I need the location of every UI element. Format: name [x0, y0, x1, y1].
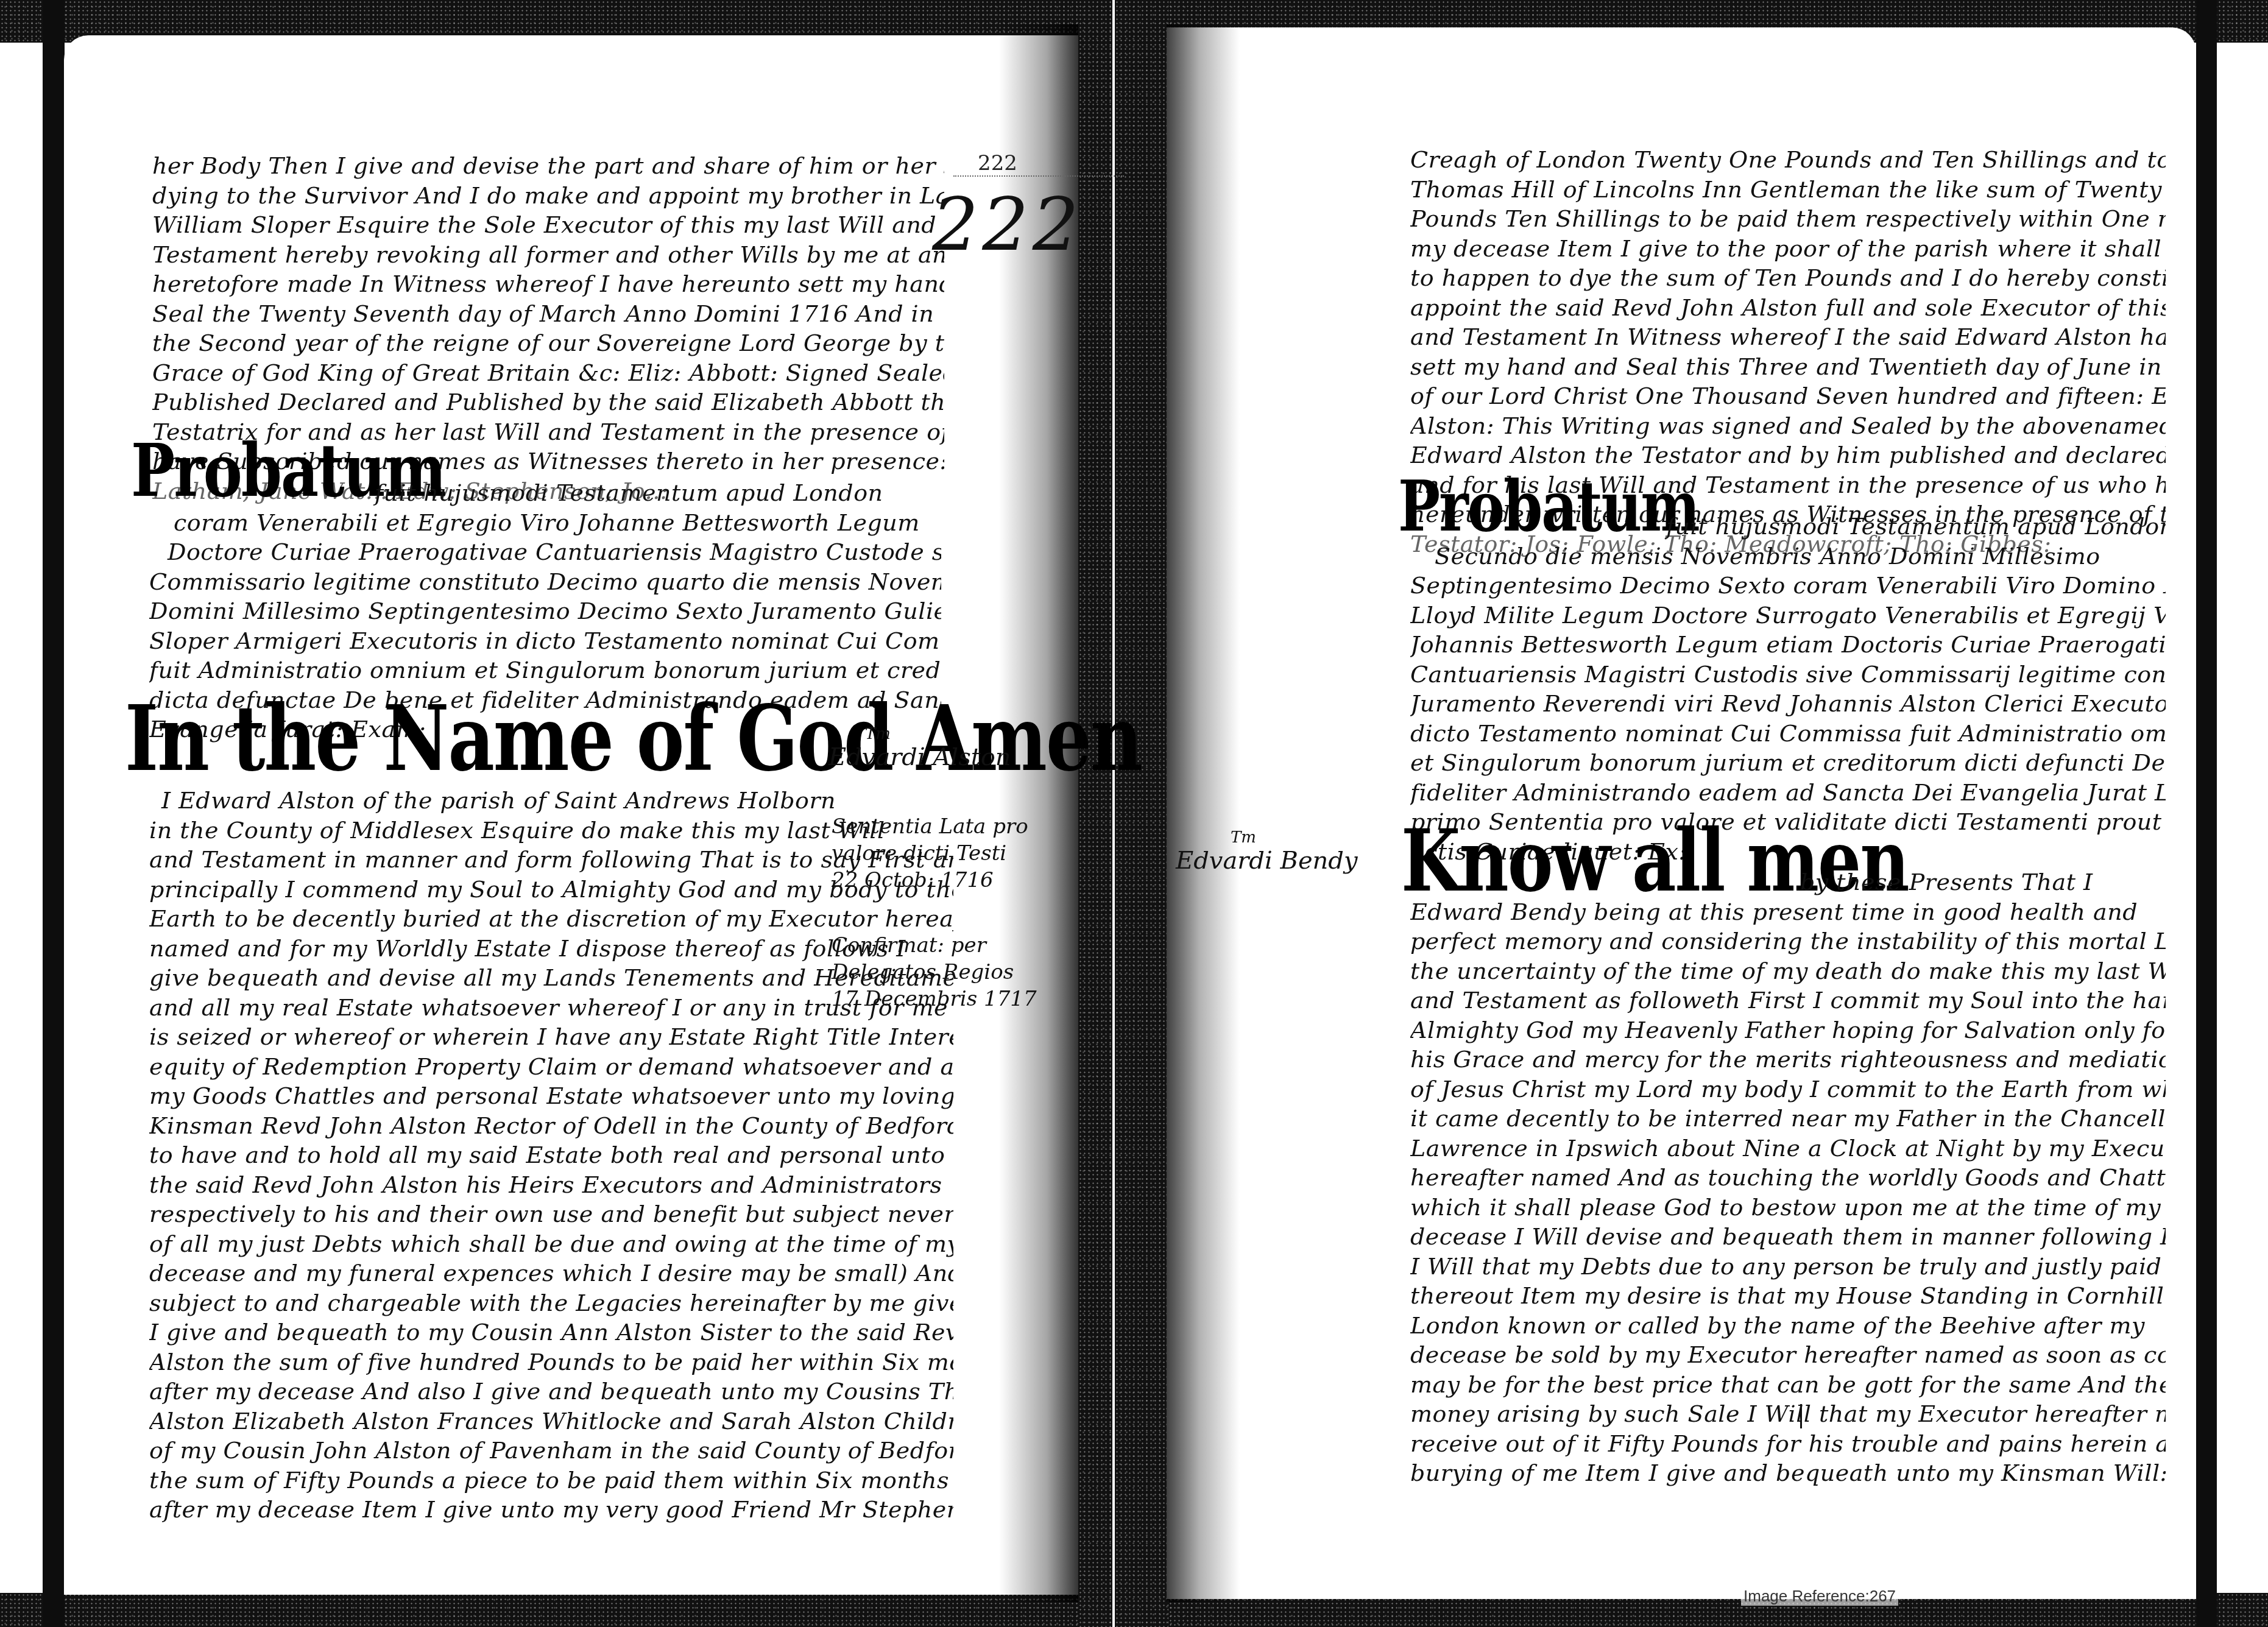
text-line: Published Declared and Published by the …: [152, 387, 944, 417]
text-line: William Sloper Esquire the Sole Executor…: [152, 210, 944, 240]
text-line: Alston: This Writing was signed and Seal…: [1410, 411, 2166, 441]
image-reference-label: Image Reference:267: [1741, 1587, 1898, 1606]
margin-line: Sententia Lata pro: [832, 813, 1028, 840]
text-line: Earth to be decently buried at the discr…: [149, 904, 953, 934]
text-line: dicto Testamento nominat Cui Commissa fu…: [1410, 719, 2166, 749]
center-binding-right: [1115, 0, 1168, 1627]
right-outer-sliver: [2217, 43, 2268, 1593]
text-line: my decease Item I give to the poor of th…: [1410, 234, 2166, 264]
text-line: Lloyd Milite Legum Doctore Surrogato Ven…: [1410, 601, 2166, 630]
text-line: the uncertainty of the time of my death …: [1410, 956, 2166, 986]
stray-pen-mark: [1800, 1404, 1802, 1428]
text-line: Lawrence in Ipswich about Nine a Clock a…: [1410, 1134, 2166, 1163]
text-line: Septingentesimo Decimo Sexto coram Vener…: [1410, 571, 2166, 601]
text-line: the said Revd John Alston his Heirs Exec…: [149, 1170, 953, 1200]
margin-note-testator-alston: Tm Edvardi Alston: [828, 725, 1011, 771]
text-line: Sloper Armigeri Executoris in dicto Test…: [149, 626, 941, 656]
text-line: of our Lord Christ One Thousand Seven hu…: [1410, 381, 2166, 411]
folio-number-handwritten: 222: [932, 183, 1083, 267]
text-line: Thomas Hill of Lincolns Inn Gentleman th…: [1410, 175, 2166, 205]
text-line: decease be sold by my Executor hereafter…: [1410, 1340, 2166, 1370]
text-line: fuit Administratio omnium et Singulorum …: [149, 655, 941, 685]
text-line: which it shall please God to bestow upon…: [1410, 1193, 2166, 1223]
text-line: receive out of it Fifty Pounds for his t…: [1410, 1429, 2166, 1459]
margin-testator-name: Edvardi Alston: [828, 743, 1011, 771]
text-line: the sum of Fifty Pounds a piece to be pa…: [149, 1466, 953, 1495]
text-line: Almighty God my Heavenly Father hoping f…: [1410, 1015, 2166, 1045]
text-line: burying of me Item I give and bequeath u…: [1410, 1458, 2166, 1488]
text-line: hereafter named And as touching the worl…: [1410, 1163, 2166, 1193]
text-line: Seal the Twenty Seventh day of March Ann…: [152, 299, 944, 329]
right-page-edge-strip: [2196, 0, 2217, 1627]
text-line: subject to and chargeable with the Legac…: [149, 1288, 953, 1318]
text-line: Grace of God King of Great Britain &c: E…: [152, 358, 944, 388]
text-line: and Testament In Witness whereof I the s…: [1410, 322, 2166, 352]
text-line: decease I Will devise and bequeath them …: [1410, 1222, 2166, 1252]
text-line: I Edward Alston of the parish of Saint A…: [149, 786, 953, 816]
margin-line: 22 Octob: 1716: [832, 867, 1028, 894]
text-line: I give and bequeath to my Cousin Ann Als…: [149, 1318, 953, 1347]
text-line: of all my just Debts which shall be due …: [149, 1229, 953, 1259]
text-line: Pounds Ten Shillings to be paid them res…: [1410, 204, 2166, 234]
left-outer-sliver: [0, 43, 43, 1593]
text-line: decease and my funeral expences which I …: [149, 1258, 953, 1288]
text-line: Commissario legitime constituto Decimo q…: [149, 567, 941, 597]
text-line: Domini Millesimo Septingentesimo Decimo …: [149, 596, 941, 626]
left-page-edge-strip: [43, 0, 65, 1627]
margin-line: 17 Decembris 1717: [832, 986, 1037, 1012]
text-line: Juramento Reverendi viri Revd Johannis A…: [1410, 689, 2166, 719]
text-line: by these Presents That I: [1410, 867, 2166, 897]
text-line: equity of Redemption Property Claim or d…: [149, 1052, 953, 1082]
will-text-bendy: by these Presents That I Edward Bendy be…: [1410, 867, 2166, 1488]
right-gutter-shadow: [1167, 24, 1240, 1602]
will-text-alston: I Edward Alston of the parish of Saint A…: [149, 786, 953, 1525]
text-line: Creagh of London Twenty One Pounds and T…: [1410, 145, 2166, 175]
text-line: Doctore Curiae Praerogativae Cantuariens…: [149, 537, 941, 567]
text-line: to happen to dye the sum of Ten Pounds a…: [1410, 263, 2166, 293]
text-line: to have and to hold all my said Estate b…: [149, 1140, 953, 1170]
text-line: fideliter Administrando eadem ad Sancta …: [1410, 778, 2166, 808]
text-line: my Goods Chattles and personal Estate wh…: [149, 1081, 953, 1111]
text-line: Cantuariensis Magistri Custodis sive Com…: [1410, 660, 2166, 690]
text-line: London known or called by the name of th…: [1410, 1311, 2166, 1341]
text-line: her Body Then I give and devise the part…: [152, 151, 944, 181]
text-line: dying to the Survivor And I do make and …: [152, 181, 944, 211]
text-line: Alston Elizabeth Alston Frances Whitlock…: [149, 1406, 953, 1436]
text-line: may be for the best price that can be go…: [1410, 1370, 2166, 1400]
text-line: it came decently to be interred near my …: [1410, 1104, 2166, 1134]
margin-sup-label: Tm: [865, 725, 1011, 743]
text-line: the Second year of the reigne of our Sov…: [152, 328, 944, 358]
text-line: and Testament as followeth First I commi…: [1410, 986, 2166, 1015]
margin-sup-label: Tm: [1231, 828, 1358, 847]
text-line: Johannis Bettesworth Legum etiam Doctori…: [1410, 630, 2166, 660]
text-line: Edward Bendy being at this present time …: [1410, 897, 2166, 927]
margin-testator-name: Edvardi Bendy: [1176, 847, 1358, 875]
text-line: respectively to his and their own use an…: [149, 1199, 953, 1229]
margin-line: Delegatos Regios: [832, 959, 1037, 986]
text-line: after my decease Item I give unto my ver…: [149, 1495, 953, 1525]
text-line: heretofore made In Witness whereof I hav…: [152, 269, 944, 299]
folio-number-printed: 222: [953, 151, 1124, 177]
margin-line: Confirmat: per: [832, 932, 1037, 959]
margin-note-testator-bendy: Tm Edvardi Bendy: [1176, 828, 1358, 875]
center-binding-left: [1078, 0, 1112, 1627]
text-line: of Jesus Christ my Lord my body I commit…: [1410, 1075, 2166, 1104]
text-line: thereout Item my desire is that my House…: [1410, 1281, 2166, 1311]
text-line: money arising by such Sale I Will that m…: [1410, 1399, 2166, 1429]
margin-note-confirmation: Confirmat: per Delegatos Regios 17 Decem…: [832, 932, 1037, 1012]
text-line: fuit hujusmodi Testamentum apud London: [1410, 512, 2166, 542]
text-line: sett my hand and Seal this Three and Twe…: [1410, 352, 2166, 382]
text-line: Alston the sum of five hundred Pounds to…: [149, 1347, 953, 1377]
text-line: appoint the said Revd John Alston full a…: [1410, 293, 2166, 323]
text-line: is seized or whereof or wherein I have a…: [149, 1022, 953, 1052]
text-line: after my decease And also I give and beq…: [149, 1377, 953, 1406]
text-line: et Singulorum bonorum jurium et creditor…: [1410, 748, 2166, 778]
text-line: fuit hujusmodi Testamentum apud London: [149, 478, 941, 508]
text-line: perfect memory and considering the insta…: [1410, 926, 2166, 956]
text-line: Secundo die mensis Novembris Anno Domini…: [1410, 542, 2166, 571]
margin-note-sentence: Sententia Lata pro valore dicti Testi 22…: [832, 813, 1028, 894]
text-line: Kinsman Revd John Alston Rector of Odell…: [149, 1111, 953, 1141]
text-line: Testament hereby revoking all former and…: [152, 240, 944, 270]
text-line: I Will that my Debts due to any person b…: [1410, 1252, 2166, 1282]
text-line: coram Venerabili et Egregio Viro Johanne…: [149, 508, 941, 538]
margin-line: valore dicti Testi: [832, 840, 1028, 867]
text-line: his Grace and mercy for the merits right…: [1410, 1045, 2166, 1075]
text-line: of my Cousin John Alston of Pavenham in …: [149, 1436, 953, 1466]
